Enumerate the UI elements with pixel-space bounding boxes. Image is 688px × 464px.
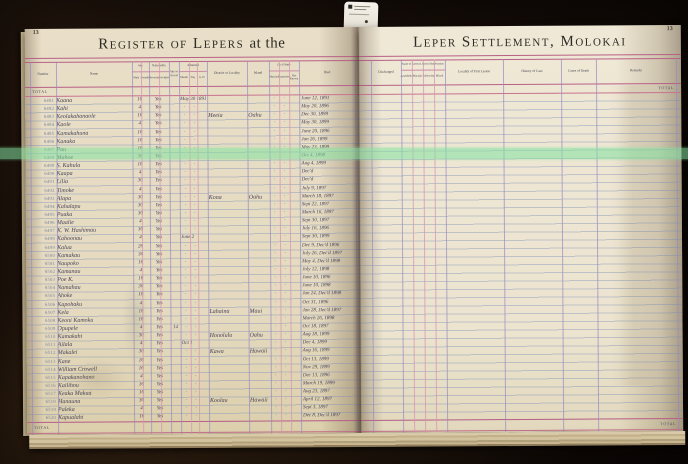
ditto-mark: · [270, 250, 280, 258]
ditto-mark: · [270, 299, 280, 307]
died-date: Oct 18, 1897 [303, 323, 357, 331]
ditto-mark: · [280, 185, 290, 193]
nationality-mark: Yes [151, 389, 169, 397]
row-number: 6515 [32, 374, 56, 382]
row-number: 6514 [32, 365, 56, 373]
ditto-mark: · [181, 348, 192, 356]
nationality-mark: Yes [151, 397, 169, 405]
ditto-mark: · [280, 258, 290, 266]
sex-mark: 16 [134, 389, 149, 397]
nationality-mark: Yes [151, 332, 169, 340]
row-number: 6486 [30, 138, 54, 146]
died-date: April 12, 1897 [303, 396, 357, 404]
died-date: Aug 16, 1899 [303, 347, 357, 355]
sex-mark: 4 [134, 373, 149, 381]
row-number: 6491 [31, 178, 55, 186]
page-edge-stack [29, 431, 685, 449]
nationality-mark: Yes [151, 381, 169, 389]
ditto-mark: · [180, 243, 191, 251]
row-number: 6482 [30, 105, 54, 113]
died-date: Sept 30, 1897 [302, 217, 356, 225]
sex-mark: 4 [133, 267, 148, 275]
nationality-mark: Yes [151, 405, 169, 413]
sex-mark: 16 [132, 129, 147, 137]
ditto-mark: · [192, 324, 200, 332]
row-number: 6498 [31, 235, 55, 243]
ditto-mark: · [280, 161, 290, 169]
nationality-mark: Yes [151, 357, 169, 365]
ditto-mark: · [280, 250, 290, 258]
died-date: May 4, Dec'd 1898 [302, 258, 356, 266]
ditto-mark: · [179, 120, 190, 128]
ledger-book: 13 Register of Lepers at the Number Name… [21, 25, 688, 453]
sex-mark: 4 [134, 324, 149, 332]
ditto-mark: · [180, 161, 191, 169]
ditto-mark: · [270, 161, 280, 169]
nationality-mark: Yes [150, 251, 168, 259]
sex-mark: 30 [133, 178, 148, 186]
nationality-mark: Yes [150, 267, 168, 275]
ditto-mark: · [181, 356, 192, 364]
ditto-mark: · [280, 177, 290, 185]
ditto-mark: · [270, 169, 280, 177]
sex-mark: 4 [133, 300, 148, 308]
row-number: 6501 [31, 260, 55, 268]
ditto-mark: · [191, 218, 199, 226]
ditto-mark: · [280, 234, 290, 242]
ditto-mark: · [180, 259, 191, 267]
ditto-mark: · [279, 112, 289, 120]
row-number: 6485 [30, 129, 54, 137]
row-number: 6508 [31, 317, 55, 325]
ditto-mark: · [180, 251, 191, 259]
row-number: 6504 [31, 284, 55, 292]
ditto-mark: · [280, 242, 290, 250]
ditto-mark: · [270, 185, 280, 193]
sex-mark: 4 [134, 340, 149, 348]
ditto-mark: · [271, 340, 281, 348]
district-value: Kawa [210, 348, 248, 357]
ditto-mark: · [191, 267, 199, 275]
died-date: March 16, 1897 [302, 209, 356, 217]
ditto-mark: · [280, 291, 290, 299]
nationality-mark: Yes [151, 340, 169, 348]
ditto-mark: · [281, 397, 291, 405]
col-island: Island [247, 61, 269, 86]
col-name: Name [56, 61, 132, 86]
col-remarks: Remarks [596, 58, 676, 83]
ditto-mark: · [180, 275, 191, 283]
ditto-mark: · [279, 136, 289, 144]
ditto-mark: · [280, 169, 290, 177]
col-died: Died [299, 60, 355, 85]
nationality-mark: Yes [151, 348, 169, 356]
row-number: 6497 [31, 227, 55, 235]
row-number: 6484 [30, 121, 54, 129]
died-date: Sept 22, 1897 [302, 201, 356, 209]
col-discharged: Discharged [371, 60, 401, 85]
ditto-mark: · [181, 373, 192, 381]
ditto-mark: · [181, 324, 192, 332]
died-date: July 9, 1897 [302, 185, 356, 193]
col-nationality: Nationality Hawaiian Foreigner [149, 61, 169, 86]
died-date: Nov 29, 1899 [303, 364, 357, 372]
ditto-mark: · [269, 104, 279, 112]
col-cause-of-death: Cause of Death [561, 59, 596, 84]
col-age: Age on Arrival [169, 61, 179, 86]
ditto-mark: · [179, 137, 190, 145]
row-number: 6503 [31, 276, 55, 284]
title-suffix: at the [249, 35, 285, 51]
ditto-mark: · [270, 307, 280, 315]
column-rules [25, 27, 359, 29]
ditto-mark: · [270, 177, 280, 185]
row-number: 6496 [31, 219, 55, 227]
died-date: June 10, 1898 [302, 282, 356, 290]
ditto-mark: · [192, 381, 200, 389]
nationality-mark: Yes [150, 178, 168, 186]
island-value: Oahu [249, 193, 269, 201]
died-date: July 12, 1898 [302, 266, 356, 274]
ditto-mark: · [269, 128, 279, 136]
ditto-mark: · [281, 388, 291, 396]
ditto-mark: · [191, 169, 199, 177]
row-number: 6510 [32, 333, 56, 341]
died-date: May 20, 1896 [301, 103, 355, 111]
sex-mark: 16 [134, 381, 149, 389]
died-date: Dec'd [302, 168, 356, 176]
island-value: Hawaii [250, 348, 270, 356]
admitted-date: June 2 [181, 234, 221, 242]
ditto-mark: · [270, 315, 280, 323]
ditto-mark: · [180, 202, 191, 210]
row-number: 6502 [31, 268, 55, 276]
left-column-headers: Number Name Sex Male Female Nationality … [25, 60, 359, 88]
ditto-mark: · [181, 389, 192, 397]
died-date: Jan 24, Dec'd 1898 [302, 290, 356, 298]
ditto-mark: · [281, 323, 291, 331]
ditto-mark: · [191, 177, 199, 185]
ditto-mark: · [269, 112, 279, 120]
ditto-mark: · [271, 405, 281, 413]
ditto-mark: · [190, 137, 198, 145]
sex-mark: 26 [133, 243, 148, 251]
sex-mark: 16 [133, 308, 148, 316]
died-date: Dec 9, Dec'd 1896 [302, 242, 356, 250]
ditto-mark: · [280, 218, 290, 226]
nationality-mark: Yes [150, 259, 168, 267]
col-sex: Sex Male Female [132, 61, 149, 86]
ditto-mark: · [190, 129, 198, 137]
nationality-mark: Yes [150, 218, 168, 226]
sex-mark: 4 [132, 104, 147, 112]
ditto-mark: · [271, 323, 281, 331]
row-number: 6518 [32, 398, 56, 406]
ditto-mark: · [181, 405, 192, 413]
ditto-mark: · [281, 331, 291, 339]
ditto-mark: · [279, 95, 289, 103]
ditto-mark: · [271, 397, 281, 405]
column-rules [359, 25, 681, 27]
island-value: Maui [249, 307, 269, 315]
right-page: 13 Leper Settlement, Molokai Discharged … [359, 25, 683, 433]
nationality-mark: Yes [150, 235, 168, 243]
district-value: Kona [209, 193, 247, 202]
sex-mark: 16 [132, 113, 147, 121]
ditto-mark: · [270, 209, 280, 217]
died-date: Sept 3, 1897 [303, 404, 357, 412]
ditto-mark: · [271, 348, 281, 356]
total-label: TOTAL [658, 85, 674, 90]
nationality-mark: Yes [150, 226, 168, 234]
died-date: June 10, 1896 [302, 274, 356, 282]
ditto-mark: · [180, 283, 191, 291]
row-number: 6481 [30, 97, 54, 105]
ditto-mark: · [181, 397, 192, 405]
total-label: TOTAL [32, 89, 48, 94]
row-number: 6499 [31, 243, 55, 251]
island-value: Oahu [248, 112, 268, 120]
blank-rows [359, 92, 683, 421]
ditto-mark: · [279, 104, 289, 112]
label-text-line [349, 14, 369, 16]
sex-mark: 16 [132, 96, 147, 104]
nationality-mark: Yes [150, 275, 168, 283]
ditto-mark: · [180, 218, 191, 226]
label-logo-mark [348, 5, 352, 9]
nationality-mark: Yes [151, 365, 169, 373]
ditto-mark: · [191, 251, 199, 259]
sex-mark: 30 [134, 397, 149, 405]
ditto-mark: · [181, 381, 192, 389]
col-manifestation: Name of Earliest Leprous Manifestation A… [401, 59, 445, 84]
row-number: 6493 [31, 195, 55, 203]
ditto-mark: · [270, 275, 280, 283]
nationality-mark: Yes [150, 169, 168, 177]
ditto-mark: · [281, 405, 291, 413]
district-value: Lahaina [209, 307, 247, 316]
ditto-mark: · [271, 389, 281, 397]
died-date: June 12, 1891 [301, 95, 355, 103]
left-page: 13 Register of Lepers at the Number Name… [25, 27, 361, 435]
label-text-line [354, 6, 370, 7]
ditto-mark: · [191, 161, 199, 169]
died-date: Jan 26, 1899 [301, 136, 355, 144]
nationality-mark: Yes [149, 96, 167, 104]
ditto-mark: · [280, 283, 290, 291]
ditto-mark: · [280, 274, 290, 282]
sex-mark: 30 [133, 194, 148, 202]
ditto-mark: · [180, 194, 191, 202]
district-value: Koolau [210, 397, 248, 406]
row-number: 6495 [31, 211, 55, 219]
died-date: Dec 4, 1899 [303, 339, 357, 347]
nationality-mark: Yes [149, 121, 167, 129]
nationality-mark: Yes [150, 316, 168, 324]
ditto-mark: · [179, 112, 190, 120]
died-date: Dec 13, 1896 [303, 372, 357, 380]
ditto-mark: · [180, 169, 191, 177]
ditto-mark: · [180, 210, 191, 218]
ditto-mark: · [191, 291, 199, 299]
ditto-mark: · [270, 193, 280, 201]
left-page-number: 13 [33, 30, 39, 36]
row-number: 6513 [32, 357, 56, 365]
sex-mark: 30 [133, 210, 148, 218]
row-number: 6500 [31, 251, 55, 259]
sex-mark: 4 [133, 235, 148, 243]
row-number: 6489 [31, 162, 55, 170]
col-history-of-case: History of Case [503, 59, 561, 84]
died-date: Aug 23, 1897 [303, 388, 357, 396]
ditto-mark: · [280, 193, 290, 201]
ditto-mark: · [192, 348, 200, 356]
ditto-mark: · [180, 226, 191, 234]
col-district: District or Locality [207, 61, 247, 86]
ditto-mark: · [191, 185, 199, 193]
ditto-mark: · [271, 356, 281, 364]
row-number: 6507 [31, 308, 55, 316]
nationality-mark: Yes [149, 129, 167, 137]
sex-mark: 16 [134, 357, 149, 365]
ditto-mark: · [281, 372, 291, 380]
sex-mark: 4 [132, 121, 147, 129]
ditto-mark: · [192, 397, 200, 405]
sex-mark: 16 [132, 137, 147, 145]
nationality-mark: Yes [150, 283, 168, 291]
nationality-mark: Yes [150, 210, 168, 218]
ditto-mark: · [280, 315, 290, 323]
sex-mark: 4 [133, 186, 148, 194]
ditto-mark: · [191, 202, 199, 210]
ditto-mark: · [180, 186, 191, 194]
died-date: Aug 18, 1899 [303, 331, 357, 339]
row-number: 6492 [31, 186, 55, 194]
ditto-mark: · [191, 275, 199, 283]
ditto-mark: · [270, 242, 280, 250]
row-number: 6506 [31, 300, 55, 308]
left-page-title: Register of Lepers at the [25, 35, 359, 54]
sex-mark: 16 [133, 275, 148, 283]
total-label: TOTAL [660, 421, 676, 426]
died-date: March 26, 1898 [302, 315, 356, 323]
died-date: Sept 30, 1899 [302, 233, 356, 241]
died-date: Oct 13, 1899 [303, 355, 357, 363]
died-date: May 30, 1899 [301, 119, 355, 127]
sex-mark: 16 [134, 365, 149, 373]
ditto-mark: · [280, 209, 290, 217]
ditto-mark: · [281, 356, 291, 364]
ditto-mark: · [280, 266, 290, 274]
col-civil-state: Civil State Married Unmarried Not Known [269, 60, 299, 85]
sex-mark: 16 [133, 161, 148, 169]
ditto-mark: · [181, 332, 192, 340]
sex-mark: 4 [133, 170, 148, 178]
age-value: 14 [171, 324, 181, 332]
ditto-mark: · [192, 356, 200, 364]
right-column-headers: Discharged Name of Earliest Leprous Mani… [359, 58, 681, 86]
total-label: TOTAL [34, 425, 50, 430]
ditto-mark: · [180, 300, 191, 308]
ditto-mark: · [192, 373, 200, 381]
ditto-mark: · [181, 365, 192, 373]
ditto-mark: · [279, 128, 289, 136]
ditto-mark: · [270, 283, 280, 291]
ditto-mark: · [269, 120, 279, 128]
nationality-mark: Yes [150, 308, 168, 316]
ditto-mark: · [191, 299, 199, 307]
ditto-mark: · [280, 307, 290, 315]
died-date: March 19, 1899 [303, 380, 357, 388]
ditto-mark: · [271, 332, 281, 340]
nationality-mark: Yes [151, 373, 169, 381]
sex-mark: 30 [134, 332, 149, 340]
sex-mark: 16 [133, 292, 148, 300]
row-number: 6517 [32, 390, 56, 398]
ditto-mark: · [270, 266, 280, 274]
nationality-mark: Yes [149, 104, 167, 112]
ditto-mark: · [192, 332, 200, 340]
sex-mark: 30 [133, 202, 148, 210]
ditto-mark: · [191, 283, 199, 291]
row-number: 6511 [32, 341, 56, 349]
row-number: 6509 [32, 325, 56, 333]
ditto-mark: · [281, 380, 291, 388]
sex-mark: 30 [133, 251, 148, 259]
ditto-mark: · [270, 218, 280, 226]
right-page-title: Leper Settlement, Molokai [359, 33, 681, 52]
ditto-mark: · [191, 259, 199, 267]
sex-mark: 4 [133, 218, 148, 226]
ditto-mark: · [270, 234, 280, 242]
ditto-mark: · [191, 226, 199, 234]
nationality-mark: Yes [150, 194, 168, 202]
label-text-line [354, 9, 366, 10]
row-number: 6516 [32, 382, 56, 390]
ditto-mark: · [270, 226, 280, 234]
register-rows: 6481Kaana16YesMay 30 1891··June 12, 1891… [25, 94, 361, 423]
ditto-mark: · [280, 299, 290, 307]
ditto-mark: · [190, 120, 198, 128]
sex-mark: 4 [134, 406, 149, 414]
admitted-date: May 30 1891 [180, 96, 220, 104]
col-number: Number [30, 62, 56, 87]
nationality-mark: Yes [149, 112, 167, 120]
sex-mark: 16 [133, 259, 148, 267]
sex-mark: 30 [134, 349, 149, 357]
ditto-mark: · [180, 316, 191, 324]
sex-mark: 16 [133, 316, 148, 324]
nationality-mark: Yes [151, 324, 169, 332]
died-date: Dec 30, 1899 [301, 111, 355, 119]
right-page-number: 13 [667, 26, 673, 32]
row-number: 6494 [31, 203, 55, 211]
ditto-mark: · [271, 380, 281, 388]
nationality-mark: Yes [150, 292, 168, 300]
ditto-mark: · [281, 364, 291, 372]
ditto-mark: · [190, 112, 198, 120]
row-number: 6519 [32, 406, 56, 414]
nationality-mark: Yes [150, 243, 168, 251]
ditto-mark: · [270, 291, 280, 299]
ditto-mark: · [279, 120, 289, 128]
ditto-mark: · [192, 405, 200, 413]
ditto-mark: · [191, 316, 199, 324]
col-admitted: Admitted Month Day A. D. [179, 61, 207, 86]
nationality-mark: Yes [150, 186, 168, 194]
row-highlight-overlay [0, 148, 688, 159]
ditto-mark: · [269, 136, 279, 144]
